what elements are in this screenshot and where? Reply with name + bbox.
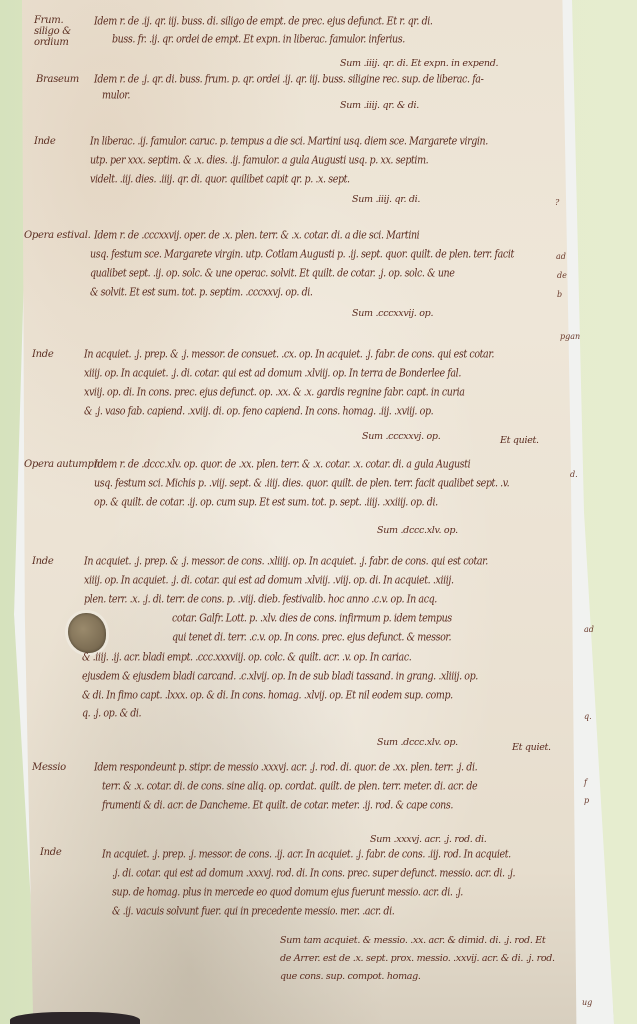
entry-line: In acquiet. .j. prep. .j. messor. de con…	[102, 848, 511, 861]
edge-note: ad	[556, 252, 566, 261]
entry-line: xiiij. op. In acquiet. .j. di. cotar. qu…	[84, 574, 454, 587]
margin-heading: Braseum	[36, 74, 79, 85]
entry-line: qualibet sept. .ij. op. solc. & une oper…	[90, 267, 455, 280]
edge-note: p	[584, 796, 589, 805]
entry-line: usq. festum sce. Margarete virgin. utp. …	[90, 248, 514, 261]
entry-sum: Sum .cccxxvij. op.	[352, 308, 433, 319]
margin-heading: Inde	[32, 556, 54, 567]
entry-line: & solvit. Et est sum. tot. p. septim. .c…	[90, 286, 313, 299]
edge-note: ug	[582, 998, 592, 1007]
entry-line: buss. fr. .ij. qr. ordei de empt. Et exp…	[112, 33, 405, 46]
entry-sum: Sum .xxxvj. acr. .j. rod. di.	[370, 834, 486, 845]
entry-sum: Sum .iiij. qr. di.	[352, 194, 420, 205]
margin-heading: Opera autumpn.	[24, 459, 103, 470]
entry-line: In acquiet. .j. prep. & .j. messor. de c…	[84, 555, 488, 568]
margin-heading: Inde	[40, 847, 62, 858]
entry-line: q. .j. op. & di.	[82, 707, 141, 720]
entry-line: terr. & .x. cotar. di. de cons. sine ali…	[102, 780, 477, 793]
margin-heading: Opera estival.	[24, 230, 91, 241]
entry-line: Idem r. de .j. qr. di. buss. frum. p. qr…	[94, 73, 483, 86]
edge-note: b	[557, 290, 562, 299]
edge-note: pgan	[560, 332, 580, 341]
entry-sum-block-line: de Arrer. est de .x. sept. prox. messio.…	[280, 953, 555, 964]
entry-line: plen. terr. .x. .j. di. terr. de cons. p…	[84, 593, 437, 606]
edge-note: q.	[584, 712, 592, 721]
entry-sum: Sum .iiij. qr. & di.	[340, 100, 419, 111]
entry-line: op. & quilt. de cotar. .ij. op. cum sup.…	[94, 496, 438, 509]
entry-sum: Sum .iiij. qr. di. Et expn. in expend.	[340, 58, 498, 69]
margin-heading: Inde	[34, 136, 56, 147]
margin-heading: Inde	[32, 349, 54, 360]
entry-sum-block-line: que cons. sup. compot. homag.	[280, 971, 421, 982]
entry-line: & di. In fimo capt. .lxxx. op. & di. In …	[82, 689, 453, 702]
entry-line: & .j. vaso fab. capiend. .xviij. di. op.…	[84, 405, 433, 418]
edge-note: de	[557, 271, 567, 280]
edge-note: ad	[584, 625, 594, 634]
entry-line: In acquiet. .j. prep. & .j. messor. de c…	[84, 348, 494, 361]
entry-line: & .iiij. .ij. acr. bladi empt. .ccc.xxxv…	[82, 651, 411, 664]
entry-line: Idem r. de .dccc.xlv. op. quor. de .xx. …	[94, 458, 470, 471]
entry-line: videlt. .iij. dies. .iiij. qr. di. quor.…	[90, 173, 350, 186]
entry-line: ejusdem & ejusdem bladi carcand. .c.xlvi…	[82, 670, 478, 683]
entry-line: cotar. Galfr. Lott. p. .xlv. dies de con…	[172, 612, 452, 625]
entry-line: qui tenet di. terr. .c.v. op. In cons. p…	[172, 631, 451, 644]
entry-sum: Sum .dccc.xlv. op.	[377, 737, 458, 748]
entry-sum: Sum .cccxxvj. op.	[362, 431, 440, 442]
entry-line: xviij. op. di. In cons. prec. ejus defun…	[84, 386, 465, 399]
entry-line: Idem r. de .cccxxvij. oper. de .x. plen.…	[94, 229, 419, 242]
entry-line: xiiij. op. In acquiet. .j. di. cotar. qu…	[84, 367, 461, 380]
entry-line: & .ij. vacuis solvunt fuer. qui in prece…	[112, 905, 394, 918]
entry-line: usq. festum sci. Michis p. .viij. sept. …	[94, 477, 509, 490]
entry-sum-block-line: Sum tam acquiet. & messio. .xx. acr. & d…	[280, 935, 545, 946]
entry-line: sup. de homag. plus in mercede eo quod d…	[112, 886, 463, 899]
entry-sum-note: Et quiet.	[512, 742, 551, 753]
edge-note: f	[584, 778, 587, 787]
entry-line: mulor.	[102, 89, 130, 102]
parchment-hole	[68, 613, 106, 653]
entry-sum: Sum .dccc.xlv. op.	[377, 525, 458, 536]
edge-note: d.	[570, 470, 578, 479]
entry-line: In liberac. .ij. famulor. caruc. p. temp…	[90, 135, 488, 148]
edge-note: ?	[555, 198, 559, 207]
entry-line: Idem r. de .ij. qr. iij. buss. di. silig…	[94, 15, 433, 28]
margin-heading: Frum. siligo & ordium	[34, 15, 84, 48]
entry-line: .j. di. cotar. qui est ad domum .xxxvj. …	[112, 867, 515, 880]
entry-line: Idem respondeunt p. stipr. de messio .xx…	[94, 761, 477, 774]
margin-heading: Messio	[32, 762, 66, 773]
entry-line: utp. per xxx. septim. & .x. dies. .ij. f…	[90, 154, 428, 167]
thumb-holding-roll	[10, 1012, 140, 1024]
entry-sum-note: Et quiet.	[500, 435, 539, 446]
entry-line: frumenti & di. acr. de Dancheme. Et quil…	[102, 799, 453, 812]
